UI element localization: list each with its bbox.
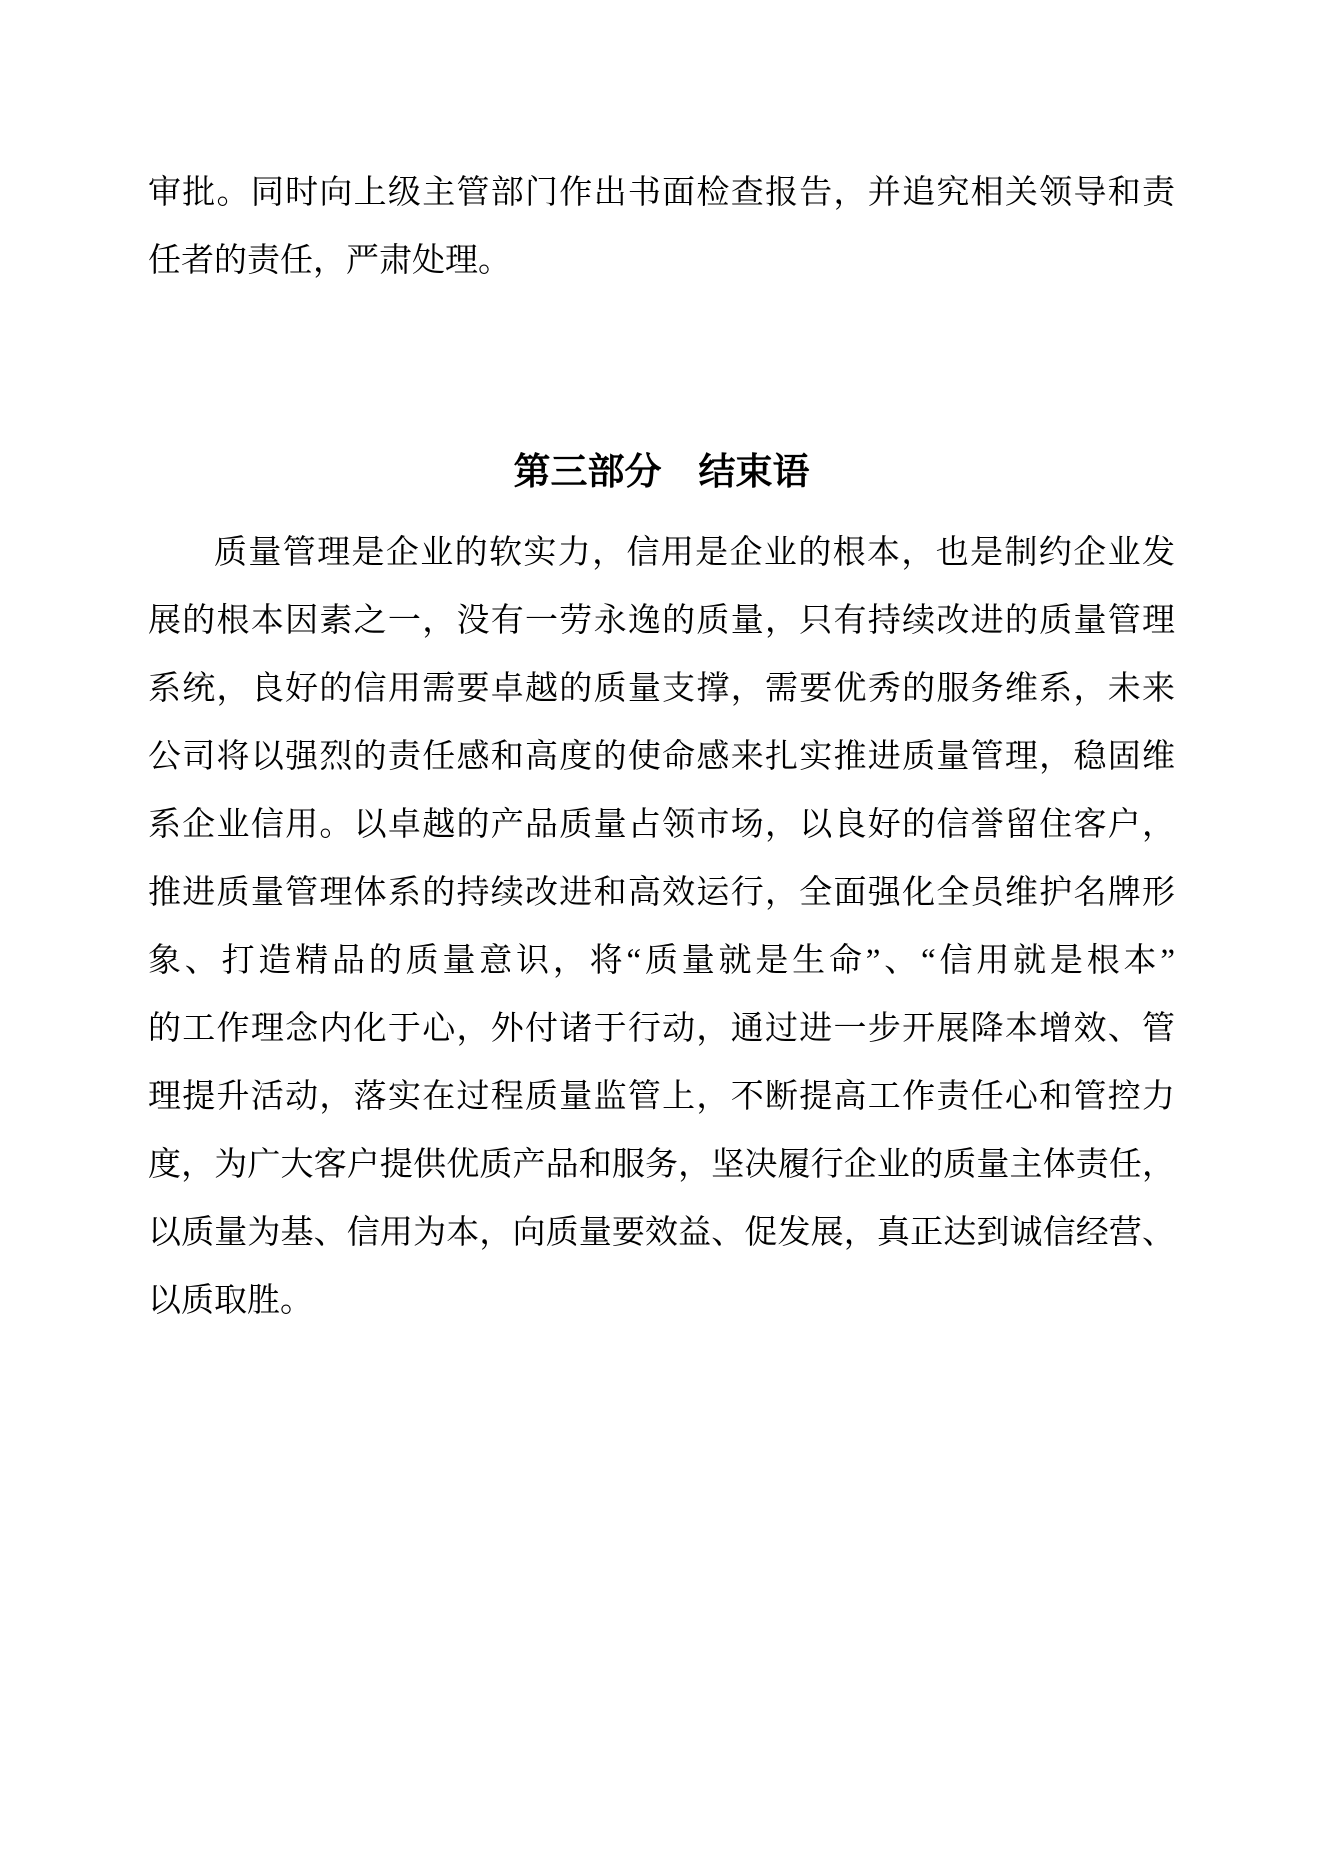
paragraph-line: 系企业信用。以卓越的产品质量占领市场，以良好的信誉留住客户， xyxy=(148,791,1175,859)
paragraph-line: 推进质量管理体系的持续改进和高效运行，全面强化全员维护名牌形 xyxy=(148,859,1175,927)
paragraph-line: 公司将以强烈的责任感和高度的使命感来扎实推进质量管理，稳固维 xyxy=(148,723,1175,791)
paragraph-line: 象、打造精品的质量意识，将“质量就是生命”、“信用就是根本” xyxy=(148,927,1175,995)
paragraph-line: 以质量为基、信用为本，向质量要效益、促发展，真正达到诚信经营、 xyxy=(148,1199,1175,1267)
continuation-paragraph: 审批。同时向上级主管部门作出书面检查报告，并追究相关领导和责 任者的责任，严肃处… xyxy=(148,159,1175,295)
paragraph-line: 度，为广大客户提供优质产品和服务，坚决履行企业的质量主体责任， xyxy=(148,1131,1175,1199)
paragraph-line: 质量管理是企业的软实力，信用是企业的根本，也是制约企业发 xyxy=(148,519,1175,587)
paragraph-line: 以质取胜。 xyxy=(148,1267,1175,1335)
paragraph-line: 理提升活动，落实在过程质量监管上，不断提高工作责任心和管控力 xyxy=(148,1063,1175,1131)
closing-paragraph: 质量管理是企业的软实力，信用是企业的根本，也是制约企业发 展的根本因素之一，没有… xyxy=(148,519,1175,1335)
paragraph-line: 展的根本因素之一，没有一劳永逸的质量，只有持续改进的质量管理 xyxy=(148,587,1175,655)
paragraph-line: 系统，良好的信用需要卓越的质量支撑，需要优秀的服务维系，未来 xyxy=(148,655,1175,723)
paragraph-line: 审批。同时向上级主管部门作出书面检查报告，并追究相关领导和责 xyxy=(148,159,1175,227)
document-page: 审批。同时向上级主管部门作出书面检查报告，并追究相关领导和责 任者的责任，严肃处… xyxy=(0,0,1323,1871)
text-column: 审批。同时向上级主管部门作出书面检查报告，并追究相关领导和责 任者的责任，严肃处… xyxy=(0,159,1323,1335)
section-heading: 第三部分 结束语 xyxy=(148,439,1175,507)
paragraph-line: 任者的责任，严肃处理。 xyxy=(148,227,1175,295)
paragraph-line: 的工作理念内化于心，外付诸于行动，通过进一步开展降本增效、管 xyxy=(148,995,1175,1063)
